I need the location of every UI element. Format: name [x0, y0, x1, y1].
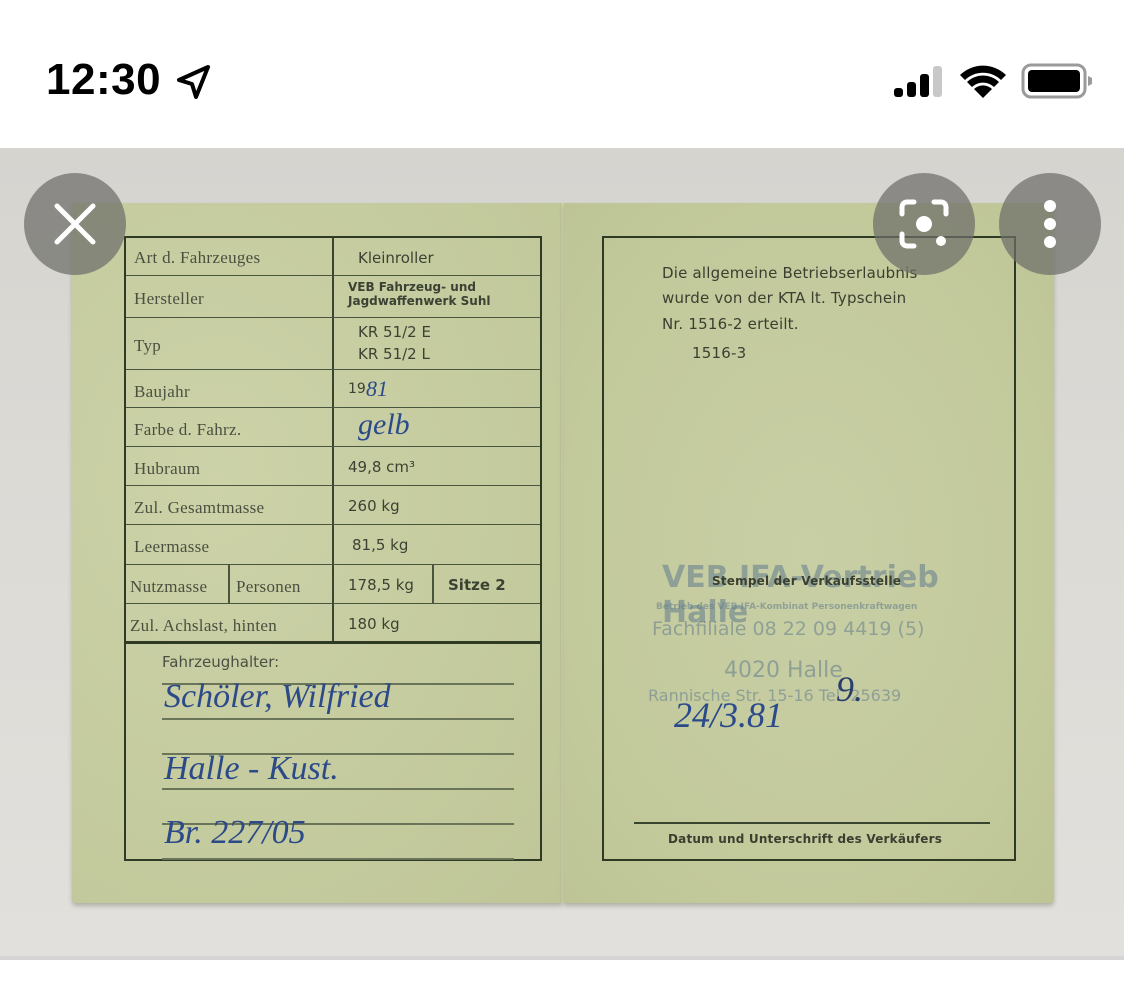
visual-search-button[interactable] — [873, 173, 975, 275]
location-arrow-icon — [174, 62, 214, 102]
handwritten-sale-date: 24/3.81 — [674, 694, 783, 736]
row-label: Typ — [134, 336, 161, 356]
signature-caption: Datum und Unterschrift des Verkäufers — [668, 832, 942, 846]
row-value: Jagdwaffenwerk Suhl — [348, 294, 490, 308]
row-label: Nutzmasse — [130, 577, 207, 597]
stamp-caption: Stempel der Verkaufsstelle — [712, 574, 901, 588]
handwritten-mark: 9. — [836, 668, 863, 710]
close-button[interactable] — [24, 173, 126, 275]
holder-city-handwritten: Halle - Kust. — [164, 750, 339, 788]
registration-frame: Die allgemeine Betriebserlaubnis wurde v… — [602, 236, 1016, 861]
cell-divider — [228, 565, 230, 604]
viewer-bottom-edge — [0, 956, 1124, 960]
permit-text: Die allgemeine Betriebserlaubnis — [662, 264, 917, 282]
handwritten-value: gelb — [358, 408, 410, 442]
row-value: 260 kg — [348, 497, 400, 515]
table-row: Hersteller VEB Fahrzeug- und Jagdwaffenw… — [126, 276, 540, 318]
document-left-page: Art d. Fahrzeuges Kleinroller Hersteller… — [72, 203, 562, 903]
row-label: Baujahr — [134, 382, 190, 402]
holder-address-handwritten: Br. 227/05 — [164, 814, 306, 852]
permit-text: Nr. 1516-2 erteilt. — [662, 315, 799, 333]
form-line — [162, 718, 514, 720]
row-value: 81,5 kg — [352, 536, 408, 554]
vehicle-holder-label: Fahrzeughalter: — [162, 653, 279, 671]
table-row: Farbe d. Fahrz. gelb — [126, 408, 540, 447]
row-value: KR 51/2 E — [358, 323, 431, 341]
row-value: VEB Fahrzeug- und — [348, 280, 476, 294]
more-options-button[interactable] — [999, 173, 1101, 275]
row-label: Hersteller — [134, 289, 204, 309]
row-value: 178,5 kg — [348, 576, 414, 594]
signature-line — [634, 822, 990, 824]
holder-name-handwritten: Schöler, Wilfried — [164, 678, 391, 716]
row-value: 19 — [348, 381, 366, 397]
form-line — [162, 788, 514, 790]
dealer-stamp: Fachfiliale 08 22 09 4419 (5) — [652, 618, 924, 640]
row-label: Zul. Achslast, hinten — [130, 616, 277, 636]
permit-text: wurde von der KTA lt. Typschein — [662, 289, 906, 307]
handwritten-value: 81 — [366, 376, 388, 402]
dealer-stamp: 4020 Halle — [724, 658, 843, 683]
row-value: Kleinroller — [358, 249, 434, 267]
row-value: 49,8 cm³ — [348, 458, 415, 476]
row-label: Hubraum — [134, 459, 200, 479]
row-label: Leermasse — [134, 537, 209, 557]
type-number: 1516-3 — [692, 344, 746, 362]
document-right-page: Die allgemeine Betriebserlaubnis wurde v… — [564, 203, 1054, 903]
status-bar: 12:30 — [0, 0, 1124, 148]
table-row: Zul. Gesamtmasse 260 kg — [126, 486, 540, 525]
visual-search-icon — [898, 198, 950, 250]
table-row: Art d. Fahrzeuges Kleinroller — [126, 238, 540, 276]
more-vertical-icon — [1040, 198, 1060, 250]
row-value: KR 51/2 L — [358, 345, 430, 363]
cell-divider — [432, 565, 434, 604]
row-value: Sitze 2 — [448, 576, 506, 594]
row-label: Farbe d. Fahrz. — [134, 420, 241, 440]
table-row: Zul. Achslast, hinten 180 kg — [126, 604, 540, 644]
status-time: 12:30 — [46, 55, 161, 105]
row-label: Personen — [236, 577, 301, 597]
table-row: Nutzmasse Personen 178,5 kg Sitze 2 — [126, 565, 540, 604]
battery-icon — [1021, 63, 1093, 99]
table-row: Leermasse 81,5 kg — [126, 525, 540, 565]
image-viewer[interactable]: Art d. Fahrzeuges Kleinroller Hersteller… — [0, 148, 1124, 956]
row-label: Art d. Fahrzeuges — [134, 248, 260, 268]
row-label: Zul. Gesamtmasse — [134, 498, 264, 518]
table-row: Hubraum 49,8 cm³ — [126, 447, 540, 486]
cellular-signal-icon — [893, 64, 945, 98]
vehicle-document-photo: Art d. Fahrzeuges Kleinroller Hersteller… — [72, 203, 1054, 903]
dealer-stamp: Betrieb des VEB IFA-Kombinat Personenkra… — [656, 602, 917, 612]
row-value: 180 kg — [348, 615, 400, 633]
close-icon — [52, 201, 98, 247]
table-row: Baujahr 19 81 — [126, 370, 540, 408]
vehicle-data-table: Art d. Fahrzeuges Kleinroller Hersteller… — [124, 236, 542, 861]
form-line — [162, 858, 514, 860]
wifi-icon — [958, 62, 1008, 100]
table-row: Typ KR 51/2 E KR 51/2 L — [126, 318, 540, 370]
